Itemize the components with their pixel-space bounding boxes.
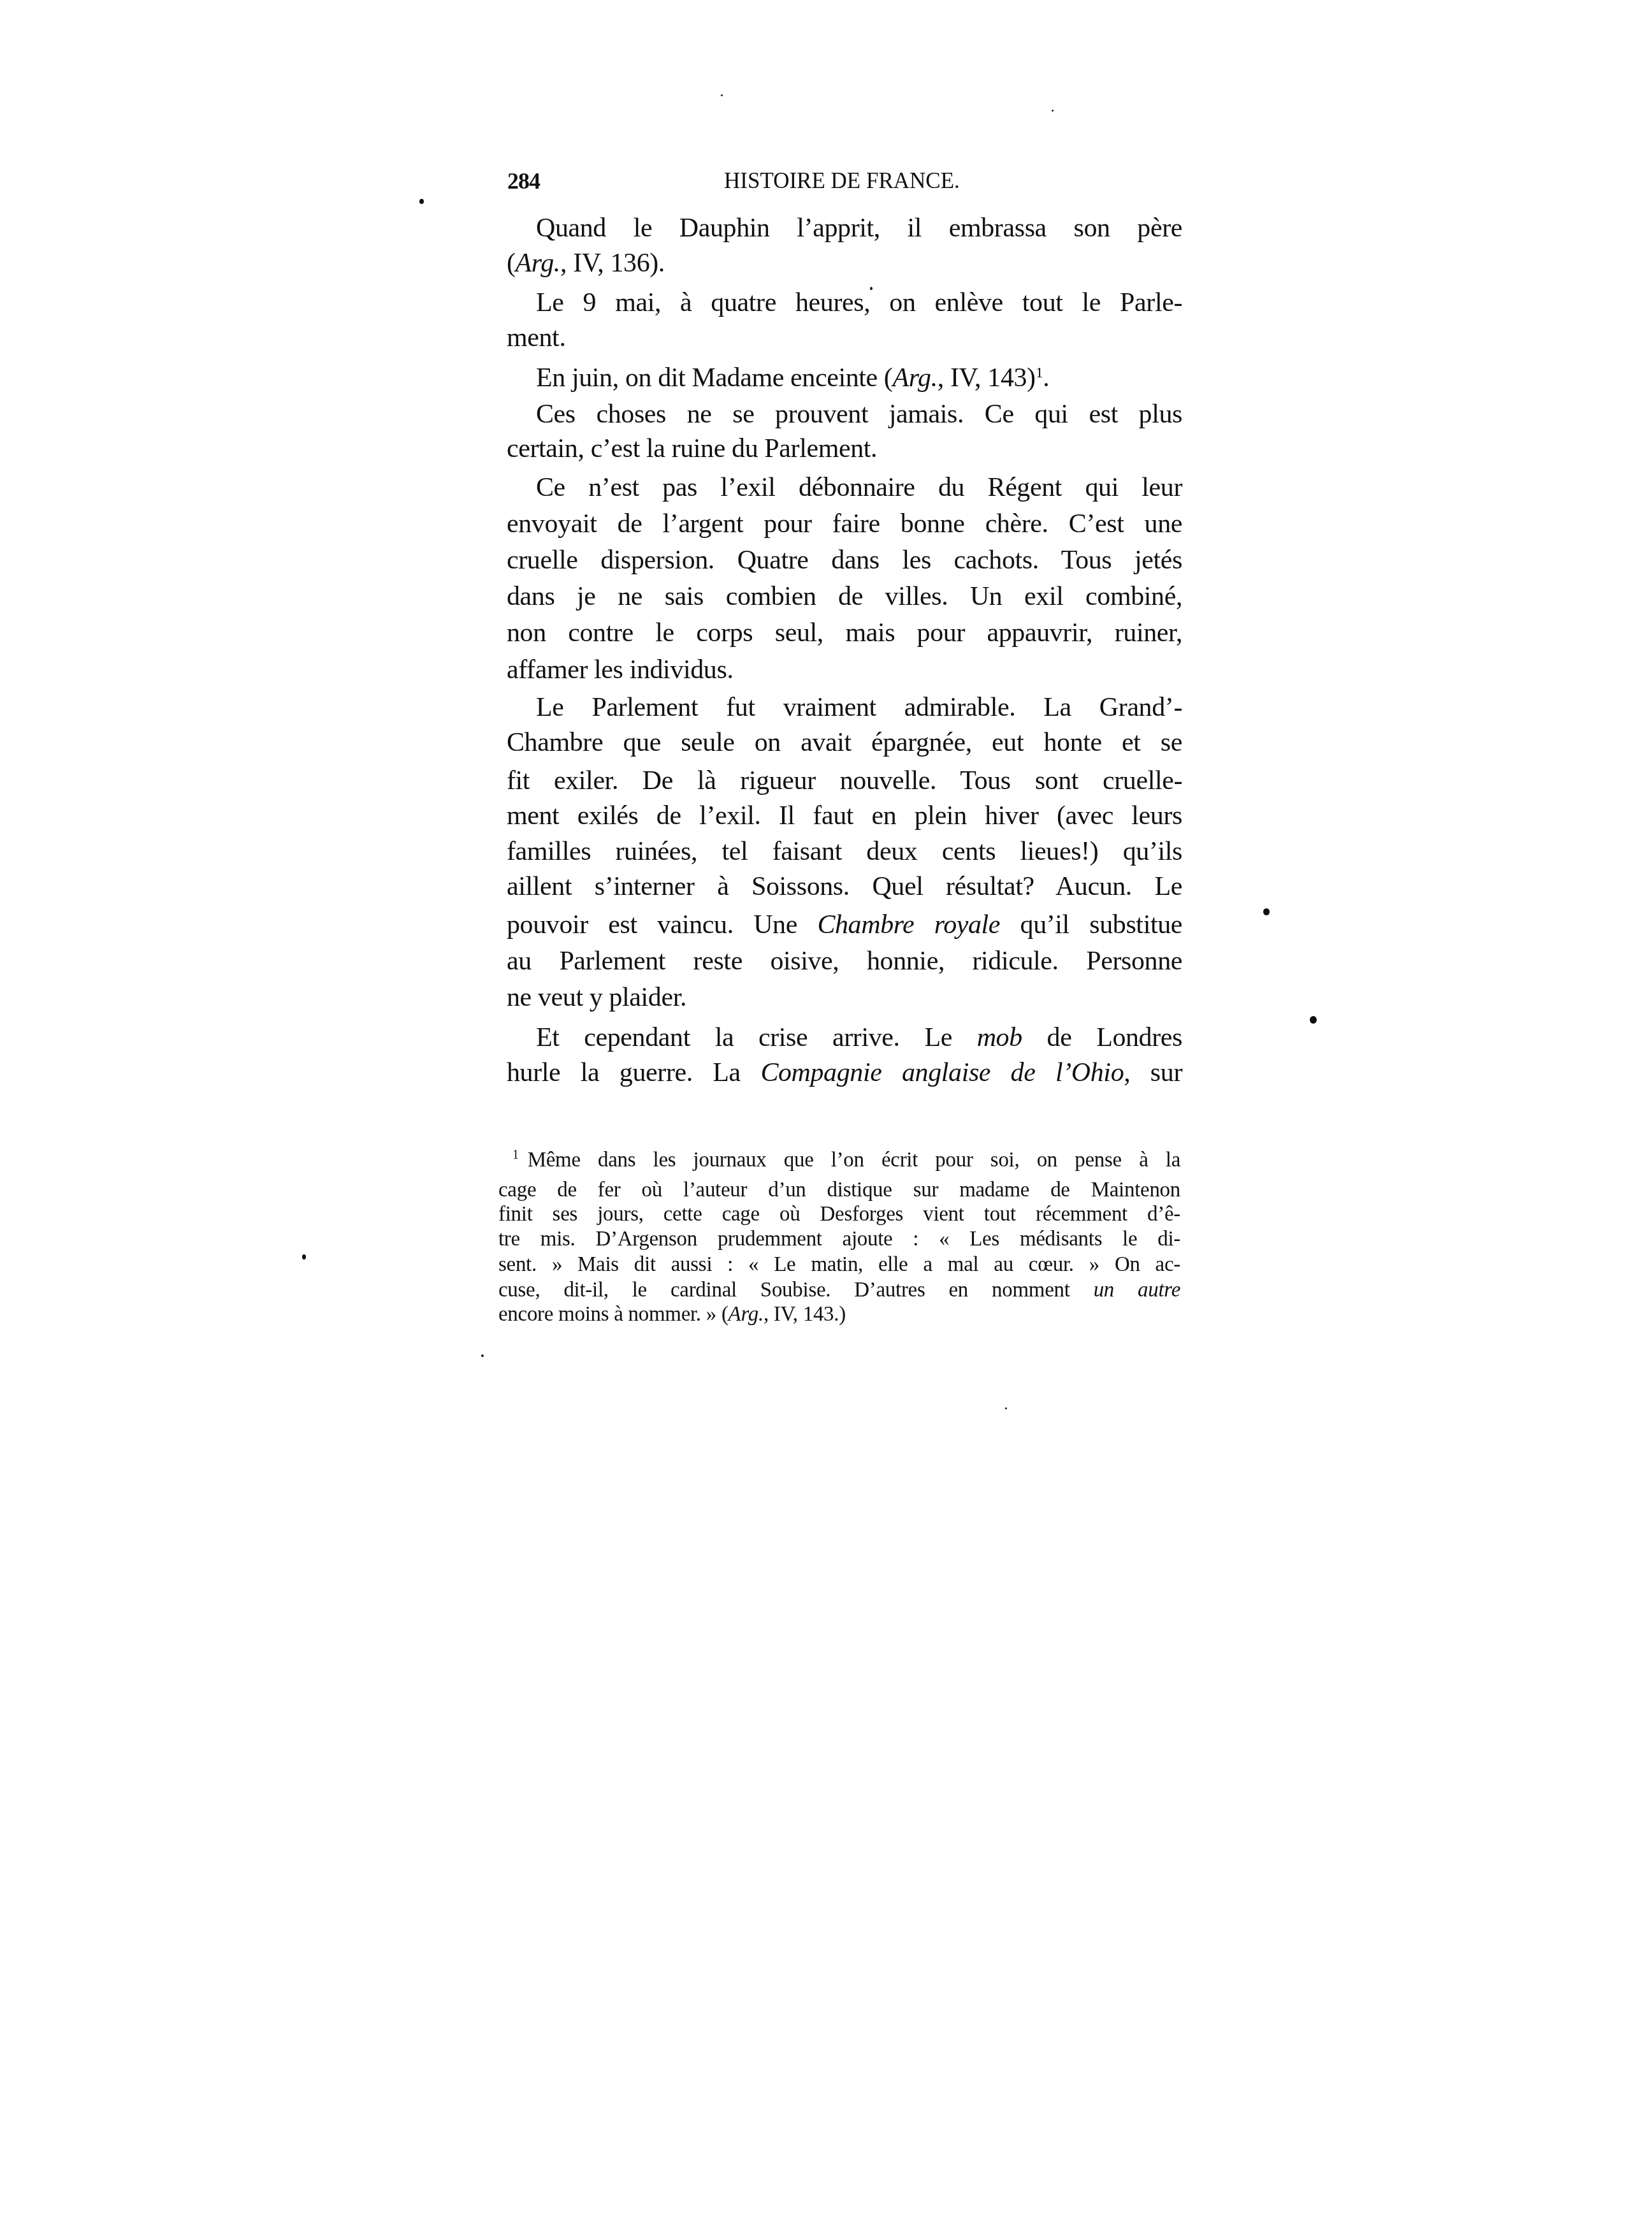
footnote-line: encore moins à nommer. » (Arg., IV, 143.… — [498, 1302, 1180, 1326]
footnote-line: 1Même dans les journaux que l’on écrit p… — [512, 1148, 1180, 1172]
footnote-line: cage de fer où l’auteur d’un distique su… — [498, 1178, 1180, 1202]
body-line: Le Parlement fut vraiment admirable. La … — [536, 692, 1182, 723]
italic-text: Chambre royale — [817, 910, 1000, 940]
footnote-line: cuse, dit-il, le cardinal Soubise. D’aut… — [498, 1278, 1180, 1302]
body-line: dans je ne sais combien de villes. Un ex… — [507, 581, 1182, 612]
page-number: 284 — [507, 167, 540, 195]
body-line: Chambre que seule on avait épargnée, eut… — [507, 727, 1182, 758]
body-line: Ces choses ne se prouvent jamais. Ce qui… — [536, 399, 1182, 430]
footnote-reference: 1 — [1036, 365, 1043, 381]
body-line: En juin, on dit Madame enceinte (Arg., I… — [536, 363, 1182, 393]
italic-text: Arg. — [516, 249, 560, 278]
body-line: Le 9 mai, à quatre heures, on enlève tou… — [536, 287, 1182, 318]
body-line: ment. — [507, 323, 1182, 353]
footnote-line: tre mis. D’Argenson prudemment ajoute : … — [498, 1227, 1180, 1251]
body-line: ne veut y plaider. — [507, 982, 1182, 1013]
scan-speck — [1052, 110, 1054, 112]
body-line: fit exiler. De là rigueur nouvelle. Tous… — [507, 766, 1182, 796]
body-line: cruelle dispersion. Quatre dans les cach… — [507, 545, 1182, 576]
scan-speck — [302, 1254, 306, 1260]
body-line: non contre le corps seul, mais pour appa… — [507, 618, 1182, 648]
footnote-marker: 1 — [512, 1148, 519, 1162]
body-line: Et cependant la crise arrive. Le mob de … — [536, 1022, 1182, 1053]
body-line: (Arg., IV, 136). — [507, 248, 1182, 279]
scan-speck — [870, 287, 873, 290]
scan-speck — [1310, 1016, 1317, 1024]
italic-text: mob — [977, 1023, 1022, 1052]
scan-speck — [1005, 1407, 1007, 1409]
body-line: envoyait de l’argent pour faire bonne ch… — [507, 509, 1182, 539]
body-line: Quand le Dauphin l’apprit, il embrassa s… — [536, 213, 1182, 243]
body-line: pouvoir est vaincu. Une Chambre royale q… — [507, 910, 1182, 940]
scan-speck — [1263, 908, 1270, 915]
footnote-line: sent. » Mais dit aussi : « Le matin, ell… — [498, 1252, 1180, 1277]
body-line: familles ruinées, tel faisant deux cents… — [507, 836, 1182, 867]
italic-text: un autre — [1094, 1279, 1180, 1302]
book-page: 284 HISTOIRE DE FRANCE. Quand le Dauphin… — [0, 0, 1652, 2236]
body-line: aillent s’interner à Soissons. Quel résu… — [507, 871, 1182, 902]
italic-text: Compagnie anglaise de l’Ohio — [760, 1058, 1124, 1087]
body-line: au Parlement reste oisive, honnie, ridic… — [507, 946, 1182, 976]
body-line: ment exilés de l’exil. Il faut en plein … — [507, 801, 1182, 831]
body-line: affamer les individus. — [507, 655, 1182, 685]
running-title: HISTOIRE DE FRANCE. — [724, 167, 974, 195]
scan-speck — [721, 94, 723, 96]
body-line: Ce n’est pas l’exil débonnaire du Régent… — [536, 472, 1182, 503]
italic-text: Arg. — [728, 1303, 764, 1326]
running-head: 284 HISTOIRE DE FRANCE. — [507, 167, 1182, 195]
body-line: certain, c’est la ruine du Parlement. — [507, 433, 1182, 464]
scan-speck — [419, 199, 424, 204]
body-line: hurle la guerre. La Compagnie anglaise d… — [507, 1057, 1182, 1088]
italic-text: Arg. — [892, 363, 937, 393]
footnote-line: finit ses jours, cette cage où Desforges… — [498, 1202, 1180, 1226]
scan-speck — [481, 1354, 484, 1357]
